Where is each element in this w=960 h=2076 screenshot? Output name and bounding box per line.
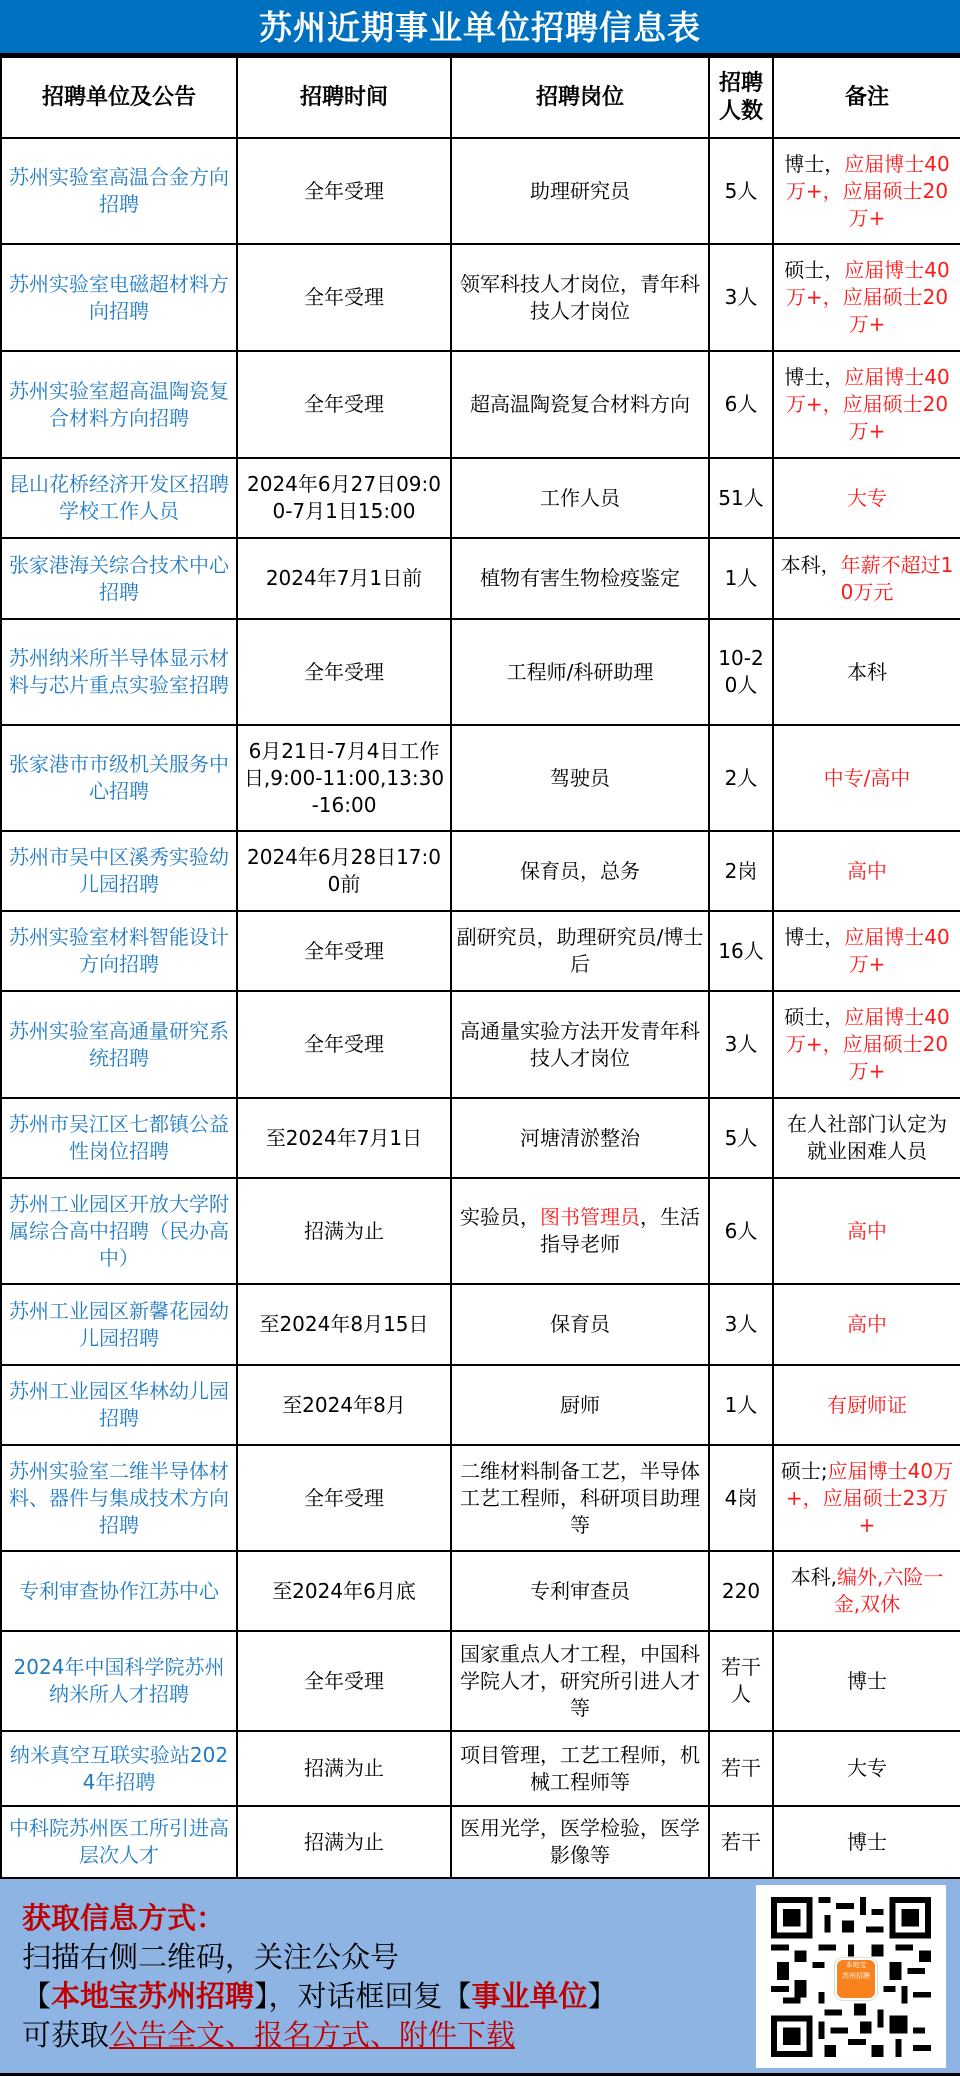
footer-text: 获取信息方式： 扫描右侧二维码，关注公众号 【本地宝苏州招聘】，对话框回复【事业… — [22, 1899, 617, 2055]
table-row: 中科院苏州医工所引进高层次人才招满为止医用光学，医学检验，医学影像等若干博士 — [1, 1806, 960, 1878]
count-cell: 3人 — [709, 991, 773, 1098]
count-cell: 16人 — [709, 911, 773, 991]
position-cell: 保育员 — [451, 1284, 709, 1365]
count-cell: 1人 — [709, 1365, 773, 1445]
note-cell: 在人社部门认定为就业困难人员 — [773, 1098, 960, 1178]
table-row: 苏州工业园区华林幼儿园招聘至2024年8月厨师1人有厨师证 — [1, 1365, 960, 1445]
unit-link[interactable]: 苏州市吴江区七都镇公益性岗位招聘 — [1, 1098, 237, 1178]
table-row: 苏州实验室电磁超材料方向招聘全年受理领军科技人才岗位，青年科技人才岗位3人硕士，… — [1, 244, 960, 351]
footer-line-scan: 扫描右侧二维码，关注公众号 — [22, 1938, 617, 1977]
note-cell: 博士 — [773, 1806, 960, 1878]
note-cell: 硕士;应届博士40万+，应届硕士23万+ — [773, 1445, 960, 1551]
reply-keyword: 事业单位 — [472, 1979, 588, 2013]
unit-link[interactable]: 苏州纳米所半导体显示材料与芯片重点实验室招聘 — [1, 619, 237, 725]
count-cell: 220 — [709, 1551, 773, 1631]
unit-link[interactable]: 苏州实验室超高温陶瓷复合材料方向招聘 — [1, 351, 237, 458]
note-cell: 博士，应届博士40万+，应届硕士20万+ — [773, 351, 960, 458]
table-row: 苏州实验室高温合金方向招聘全年受理助理研究员5人博士，应届博士40万+，应届硕士… — [1, 138, 960, 244]
table-row: 昆山花桥经济开发区招聘学校工作人员2024年6月27日09:00-7月1日15:… — [1, 458, 960, 538]
table-row: 专利审查协作江苏中心至2024年6月底专利审查员220本科,编外,六险一金,双休 — [1, 1551, 960, 1631]
note-cell: 有厨师证 — [773, 1365, 960, 1445]
table-row: 苏州市吴江区七都镇公益性岗位招聘至2024年7月1日河塘清淤整治5人在人社部门认… — [1, 1098, 960, 1178]
position-cell: 高通量实验方法开发青年科技人才岗位 — [451, 991, 709, 1098]
header-time: 招聘时间 — [237, 57, 451, 138]
time-cell: 全年受理 — [237, 619, 451, 725]
unit-link[interactable]: 苏州实验室材料智能设计方向招聘 — [1, 911, 237, 991]
unit-link[interactable]: 张家港海关综合技术中心招聘 — [1, 538, 237, 619]
count-cell: 6人 — [709, 351, 773, 458]
note-cell: 博士 — [773, 1631, 960, 1731]
time-cell: 2024年6月28日17:00前 — [237, 831, 451, 911]
footer-line-get: 可获取公告全文、报名方式、附件下载 — [22, 2016, 617, 2055]
count-cell: 3人 — [709, 244, 773, 351]
note-cell: 博士，应届博士40万+ — [773, 911, 960, 991]
position-cell: 助理研究员 — [451, 138, 709, 244]
note-cell: 大专 — [773, 458, 960, 538]
unit-link[interactable]: 专利审查协作江苏中心 — [1, 1551, 237, 1631]
time-cell: 招满为止 — [237, 1731, 451, 1806]
position-cell: 超高温陶瓷复合材料方向 — [451, 351, 709, 458]
page-title: 苏州近期事业单位招聘信息表 — [0, 0, 960, 56]
time-cell: 全年受理 — [237, 1631, 451, 1731]
unit-link[interactable]: 苏州工业园区开放大学附属综合高中招聘（民办高中） — [1, 1178, 237, 1284]
time-cell: 至2024年7月1日 — [237, 1098, 451, 1178]
count-cell: 1人 — [709, 538, 773, 619]
count-cell: 若干 — [709, 1731, 773, 1806]
unit-link[interactable]: 苏州工业园区华林幼儿园招聘 — [1, 1365, 237, 1445]
time-cell: 全年受理 — [237, 244, 451, 351]
table-row: 苏州市吴中区溪秀实验幼儿园招聘2024年6月28日17:00前保育员，总务2岗高… — [1, 831, 960, 911]
header-position: 招聘岗位 — [451, 57, 709, 138]
unit-link[interactable]: 昆山花桥经济开发区招聘学校工作人员 — [1, 458, 237, 538]
position-cell: 医用光学，医学检验，医学影像等 — [451, 1806, 709, 1878]
time-cell: 招满为止 — [237, 1178, 451, 1284]
position-cell: 工作人员 — [451, 458, 709, 538]
unit-link[interactable]: 苏州实验室二维半导体材料、器件与集成技术方向招聘 — [1, 1445, 237, 1551]
table-row: 苏州实验室超高温陶瓷复合材料方向招聘全年受理超高温陶瓷复合材料方向6人博士，应届… — [1, 351, 960, 458]
count-cell: 6人 — [709, 1178, 773, 1284]
info-footer: 获取信息方式： 扫描右侧二维码，关注公众号 【本地宝苏州招聘】，对话框回复【事业… — [0, 1877, 960, 2076]
qr-logo-badge: 本地宝苏州招聘 — [835, 1958, 877, 2000]
note-cell: 高中 — [773, 1284, 960, 1365]
unit-link[interactable]: 2024年中国科学院苏州纳米所人才招聘 — [1, 1631, 237, 1731]
header-count: 招聘人数 — [709, 57, 773, 138]
note-cell: 本科 — [773, 619, 960, 725]
time-cell: 2024年7月1日前 — [237, 538, 451, 619]
table-row: 苏州实验室高通量研究系统招聘全年受理高通量实验方法开发青年科技人才岗位3人硕士，… — [1, 991, 960, 1098]
position-cell: 二维材料制备工艺，半导体工艺工程师，科研项目助理等 — [451, 1445, 709, 1551]
position-cell: 专利审查员 — [451, 1551, 709, 1631]
note-cell: 本科,编外,六险一金,双休 — [773, 1551, 960, 1631]
table-row: 张家港市市级机关服务中心招聘6月21日-7月4日工作日,9:00-11:00,1… — [1, 725, 960, 831]
unit-link[interactable]: 苏州工业园区新馨花园幼儿园招聘 — [1, 1284, 237, 1365]
position-cell: 植物有害生物检疫鉴定 — [451, 538, 709, 619]
download-link[interactable]: 公告全文、报名方式、附件下载 — [109, 2018, 515, 2052]
time-cell: 招满为止 — [237, 1806, 451, 1878]
time-cell: 6月21日-7月4日工作日,9:00-11:00,13:30-16:00 — [237, 725, 451, 831]
unit-link[interactable]: 苏州实验室高温合金方向招聘 — [1, 138, 237, 244]
note-cell: 高中 — [773, 831, 960, 911]
qr-code[interactable]: 本地宝苏州招聘 — [756, 1885, 946, 2068]
table-row: 苏州实验室材料智能设计方向招聘全年受理副研究员，助理研究员/博士后16人博士，应… — [1, 911, 960, 991]
table-row: 苏州纳米所半导体显示材料与芯片重点实验室招聘全年受理工程师/科研助理10-20人… — [1, 619, 960, 725]
note-cell: 高中 — [773, 1178, 960, 1284]
count-cell: 3人 — [709, 1284, 773, 1365]
header-unit: 招聘单位及公告 — [1, 57, 237, 138]
time-cell: 全年受理 — [237, 1445, 451, 1551]
count-cell: 2岗 — [709, 831, 773, 911]
note-cell: 大专 — [773, 1731, 960, 1806]
position-cell: 厨师 — [451, 1365, 709, 1445]
table-header-row: 招聘单位及公告 招聘时间 招聘岗位 招聘人数 备注 — [1, 57, 960, 138]
unit-link[interactable]: 苏州实验室电磁超材料方向招聘 — [1, 244, 237, 351]
position-cell: 国家重点人才工程，中国科学院人才，研究所引进人才等 — [451, 1631, 709, 1731]
table-row: 苏州工业园区开放大学附属综合高中招聘（民办高中）招满为止实验员，图书管理员，生活… — [1, 1178, 960, 1284]
note-cell: 博士，应届博士40万+，应届硕士20万+ — [773, 138, 960, 244]
count-cell: 51人 — [709, 458, 773, 538]
time-cell: 全年受理 — [237, 138, 451, 244]
note-cell: 本科，年薪不超过10万元 — [773, 538, 960, 619]
position-cell: 领军科技人才岗位，青年科技人才岗位 — [451, 244, 709, 351]
unit-link[interactable]: 张家港市市级机关服务中心招聘 — [1, 725, 237, 831]
table-row: 纳米真空互联实验站2024年招聘招满为止项目管理，工艺工程师，机械工程师等若干大… — [1, 1731, 960, 1806]
footer-heading: 获取信息方式： — [22, 1899, 617, 1938]
time-cell: 全年受理 — [237, 911, 451, 991]
footer-line-reply: 【本地宝苏州招聘】，对话框回复【事业单位】 — [22, 1977, 617, 2016]
table-row: 苏州实验室二维半导体材料、器件与集成技术方向招聘全年受理二维材料制备工艺，半导体… — [1, 1445, 960, 1551]
note-cell: 硕士，应届博士40万+，应届硕士20万+ — [773, 991, 960, 1098]
count-cell: 5人 — [709, 1098, 773, 1178]
time-cell: 2024年6月27日09:00-7月1日15:00 — [237, 458, 451, 538]
unit-link[interactable]: 纳米真空互联实验站2024年招聘 — [1, 1731, 237, 1806]
note-cell: 中专/高中 — [773, 725, 960, 831]
unit-link[interactable]: 苏州市吴中区溪秀实验幼儿园招聘 — [1, 831, 237, 911]
position-cell: 河塘清淤整治 — [451, 1098, 709, 1178]
position-cell: 驾驶员 — [451, 725, 709, 831]
note-cell: 硕士，应届博士40万+，应届硕士20万+ — [773, 244, 960, 351]
position-cell: 实验员，图书管理员，生活指导老师 — [451, 1178, 709, 1284]
position-cell: 副研究员，助理研究员/博士后 — [451, 911, 709, 991]
position-cell: 工程师/科研助理 — [451, 619, 709, 725]
header-note: 备注 — [773, 57, 960, 138]
table-row: 苏州工业园区新馨花园幼儿园招聘至2024年8月15日保育员3人高中 — [1, 1284, 960, 1365]
count-cell: 2人 — [709, 725, 773, 831]
account-name: 本地宝苏州招聘 — [51, 1979, 254, 2013]
table-row: 2024年中国科学院苏州纳米所人才招聘全年受理国家重点人才工程，中国科学院人才，… — [1, 1631, 960, 1731]
unit-link[interactable]: 中科院苏州医工所引进高层次人才 — [1, 1806, 237, 1878]
count-cell: 4岗 — [709, 1445, 773, 1551]
table-row: 张家港海关综合技术中心招聘2024年7月1日前植物有害生物检疫鉴定1人本科，年薪… — [1, 538, 960, 619]
count-cell: 10-20人 — [709, 619, 773, 725]
count-cell: 若干人 — [709, 1631, 773, 1731]
count-cell: 若干 — [709, 1806, 773, 1878]
count-cell: 5人 — [709, 138, 773, 244]
time-cell: 至2024年8月 — [237, 1365, 451, 1445]
position-cell: 项目管理，工艺工程师，机械工程师等 — [451, 1731, 709, 1806]
time-cell: 至2024年8月15日 — [237, 1284, 451, 1365]
time-cell: 全年受理 — [237, 991, 451, 1098]
recruitment-table: 招聘单位及公告 招聘时间 招聘岗位 招聘人数 备注 苏州实验室高温合金方向招聘全… — [0, 56, 960, 1879]
time-cell: 至2024年6月底 — [237, 1551, 451, 1631]
position-cell: 保育员，总务 — [451, 831, 709, 911]
time-cell: 全年受理 — [237, 351, 451, 458]
unit-link[interactable]: 苏州实验室高通量研究系统招聘 — [1, 991, 237, 1098]
